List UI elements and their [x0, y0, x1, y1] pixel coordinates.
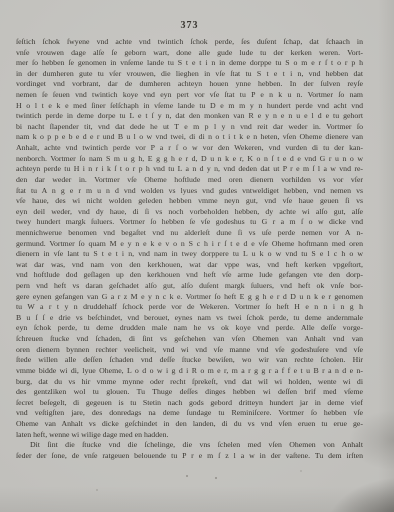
- text-line: laten heft, wenne wi wilige dage med en …: [16, 430, 363, 441]
- text-line: mennichwerue benomen vnd begaſtet vnd nu…: [16, 228, 363, 239]
- scan-speck: [300, 470, 302, 472]
- text-line: twey hundert margk ſuluers. Vortmer ſo h…: [16, 217, 363, 228]
- text-line: in der dumheren gute tu vſer vrouwen, di…: [16, 69, 363, 80]
- text-line: bi nacht ſlapender tit, vnd dat dede he …: [16, 122, 363, 133]
- text-line: den dar weder in. Vortmer vſe Oheme hoft…: [16, 175, 363, 186]
- text-line: nenborch. Vortmer ſo nam S m u g h, E g …: [16, 154, 363, 165]
- text-line: burg, dat du vs hir vmme mynne oder rech…: [16, 377, 363, 388]
- text-line: achteyn perde tu H i n r i k ſ t o r p h…: [16, 164, 363, 175]
- text-line: mer ſo hebben ſe genomen in vnſeme lande…: [16, 58, 363, 69]
- text-line: nemen ſe ſeuen vnd twintich koye vnd eyn…: [16, 90, 363, 101]
- text-line: ſeſtich ſchok ſwyene vnd achte vnd twint…: [16, 37, 363, 48]
- text-line: ſtede willen alle deſſen ſchaden vnd deſ…: [16, 355, 363, 366]
- text-line: eyn ſchok perde, tu deme drudden male na…: [16, 323, 363, 334]
- text-line: gere eynen gefangen van G a r z M e y n …: [16, 292, 363, 303]
- text-line: vnd hoftlude dod geſlagen up den kerkhou…: [16, 270, 363, 281]
- text-line: Oheme van Anhalt vs dicke geſchindet in …: [16, 419, 363, 430]
- text-line: vſe haue, des wi nicht wolden geleden he…: [16, 196, 363, 207]
- text-line: H o l t e k e med ſiner ſelſchaph in vſe…: [16, 101, 363, 112]
- text-line: vordinget vnd vorbrant, dar de dumheren …: [16, 79, 363, 90]
- text-line: B u ſ ſ e drie vs beſchindet, vnd beroue…: [16, 313, 363, 324]
- text-line: germund. Vortmer ſo quam M e y n e k e v…: [16, 239, 363, 250]
- text-line: ſchreuen ſtucke vnd ſchaden, di ſint vs …: [16, 334, 363, 345]
- text-line: dienern in vſe lant tu S t e t i n, vnd …: [16, 249, 363, 260]
- text-line: wat dar was, vnd nam von den kerkhouen, …: [16, 260, 363, 271]
- scanned-book-page: 373 ſeſtich ſchok ſwyene vnd achte vnd t…: [0, 0, 394, 512]
- text-line: des gentzliken wol tu glouen. Tu Thuge d…: [16, 387, 363, 398]
- scan-speck: [96, 489, 98, 491]
- text-line: oren dienern bynnen rechter veelicheit, …: [16, 345, 363, 356]
- text-line: pern vnd heft vs daran geſchadet alſo gu…: [16, 281, 363, 292]
- text-line: ſeder der ſone, de vnſe ratgeuen belouen…: [16, 451, 363, 462]
- text-line: Anhalt, achte vnd twintich perde vor P a…: [16, 143, 363, 154]
- text-line: Dit ſint die ſtucke vnd die ſchelinge, d…: [16, 440, 363, 451]
- text-block: ſeſtich ſchok ſwyene vnd achte vnd twint…: [16, 37, 363, 461]
- scan-speck: [186, 475, 188, 477]
- text-line: vnd veſtigſten jare, des donredags na de…: [16, 408, 363, 419]
- text-line: twintich perde in deme dorpe tu L e t ſ …: [16, 111, 363, 122]
- text-line: vnſe vrouwen dage alſe ſe geborn wart, d…: [16, 48, 363, 59]
- text-line: ſtat tu A n g e r m u n d vnd wolden vs …: [16, 186, 363, 197]
- text-line: vmme bidde wi di, lyue Oheme, L o d o w …: [16, 366, 363, 377]
- scan-speck: [215, 477, 217, 479]
- text-line: eyn deil weder, vnd dy haue, di ſi vs no…: [16, 207, 363, 218]
- page-number: 373: [16, 20, 363, 31]
- text-line: ſecret beſegelt, di gegeuen is tu Stetin…: [16, 398, 363, 409]
- text-line: tu W a r t y n druddehalf ſchock perde v…: [16, 302, 363, 313]
- text-line: nam k o p p e b e d e r und B u l o w vn…: [16, 132, 363, 143]
